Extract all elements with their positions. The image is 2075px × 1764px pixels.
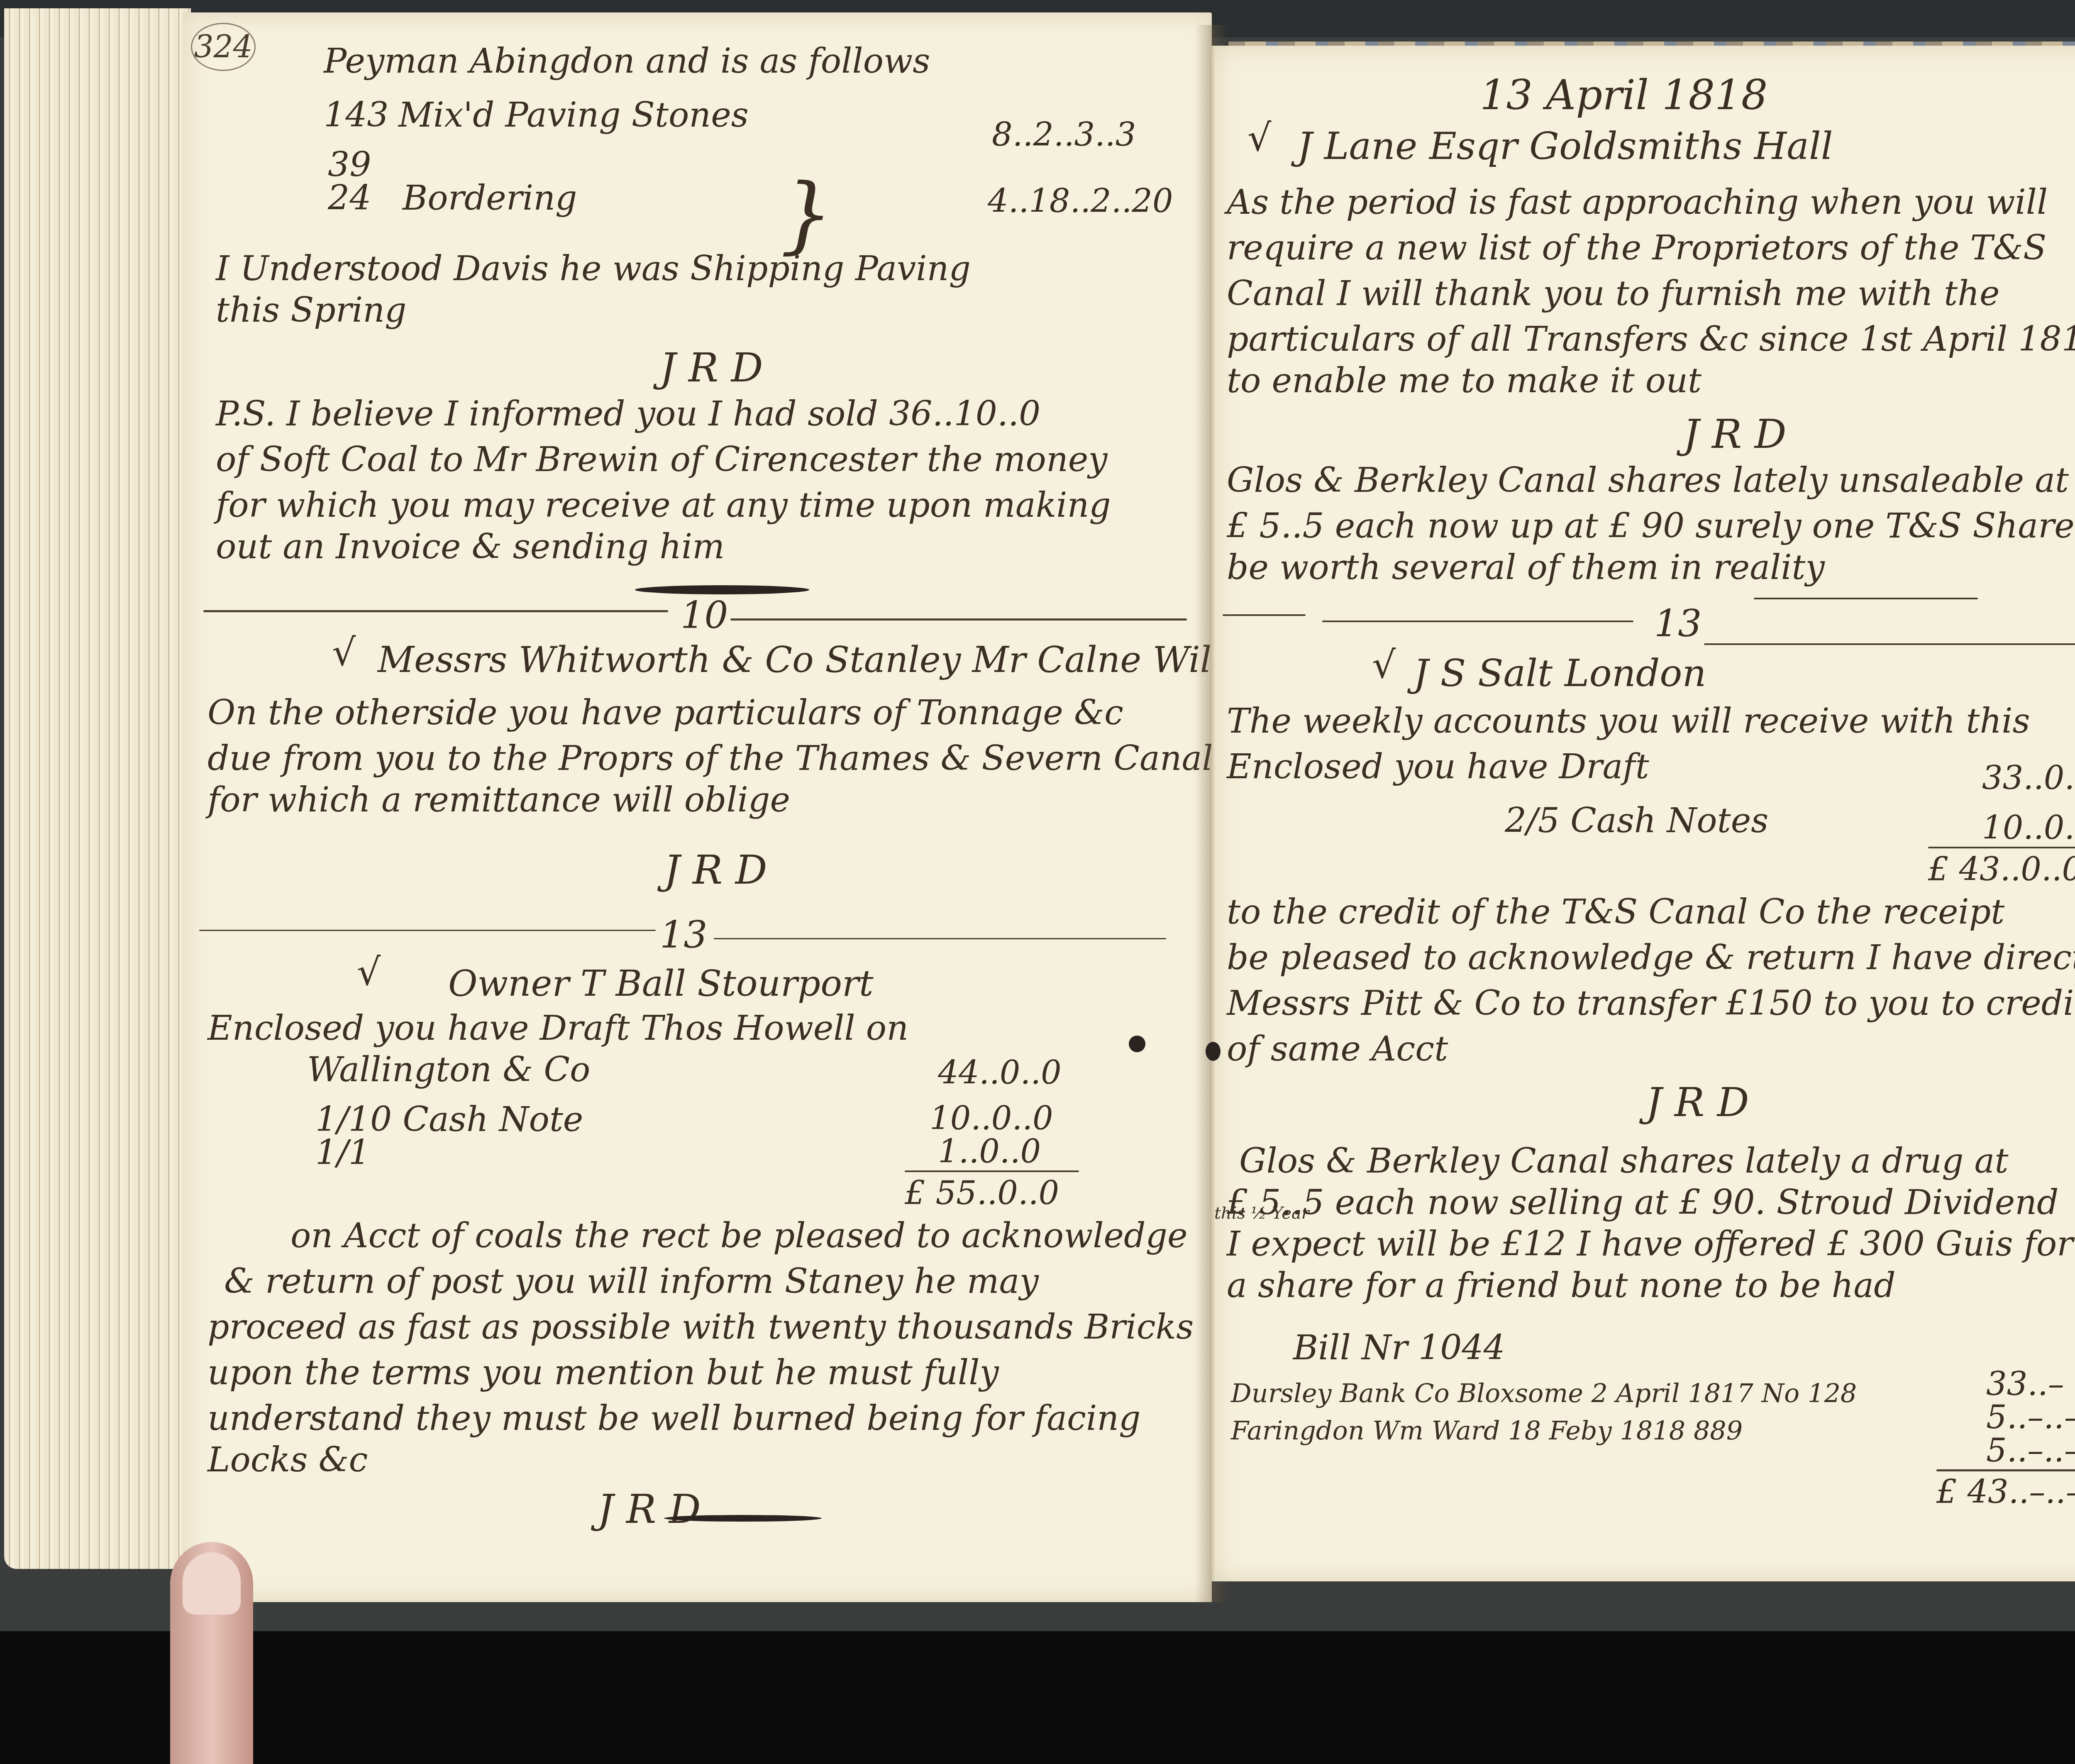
divider-rule <box>1322 621 1633 622</box>
body-line: I Understood Davis he was Shipping Pavin… <box>216 249 971 288</box>
divider-rule <box>1223 614 1306 616</box>
body-line: be pleased to acknowledge & return I hav… <box>1227 938 2075 977</box>
backdrop-bottom <box>0 1631 2075 1764</box>
body-line: require a new list of the Proprietors of… <box>1227 228 2046 268</box>
item-qty: 143 <box>324 95 389 135</box>
item-amount: 8..2..3..3 <box>992 116 1136 154</box>
ledger-amount: 1..0..0 <box>938 1133 1041 1170</box>
body-line: On the otherside you have particulars of… <box>207 693 1123 733</box>
letter-date: 10 <box>681 594 728 637</box>
body-line: As the period is fast approaching when y… <box>1227 183 2048 222</box>
divider-rule <box>203 610 668 612</box>
bill-total: £ 43..–..– <box>1936 1473 2075 1511</box>
body-line: on Acct of coals the rect be pleased to … <box>290 1216 1188 1256</box>
body-line: to enable me to make it out <box>1227 361 1701 401</box>
postscript-line: of Soft Coal to Mr Brewin of Cirencester… <box>216 440 1108 479</box>
sum-rule <box>905 1170 1079 1172</box>
letter-date: 13 <box>1654 602 1702 645</box>
divider-rule <box>1754 598 1978 599</box>
divider-rule <box>730 618 1187 621</box>
sum-rule <box>1936 1469 2075 1471</box>
addressee: Messrs Whitworth & Co Stanley Mr Calne W… <box>378 639 1244 681</box>
page-edges-stack <box>4 8 191 1569</box>
postscript-line: out an Invoice & sending him <box>216 527 725 567</box>
bill-amount: 33..– <box>1986 1366 2064 1403</box>
page-number: 324 <box>191 23 256 71</box>
signature: J R D <box>598 1486 701 1532</box>
brace: } <box>780 166 833 263</box>
signature: J R D <box>1646 1079 1749 1126</box>
ink-blot <box>1129 1036 1145 1052</box>
postscript-line: for which you may receive at any time up… <box>216 486 1111 525</box>
check-mark-icon: √ <box>1372 643 1396 687</box>
body-line: this Spring <box>216 291 407 330</box>
check-mark-icon: √ <box>332 631 356 674</box>
item-qty: 24 <box>328 178 371 218</box>
postscript-line: Glos & Berkley Canal shares lately unsal… <box>1227 461 2069 500</box>
ledger-label: Wallington & Co <box>307 1050 590 1090</box>
postscript-line: a share for a friend but none to be had <box>1227 1266 1896 1305</box>
body-line: Enclosed you have Draft Thos Howell on <box>207 1009 908 1048</box>
item-desc: Bordering <box>403 178 577 218</box>
body-line: Messrs Pitt & Co to transfer £150 to you… <box>1227 984 2075 1023</box>
signature: J R D <box>660 344 763 391</box>
body-line: to the credit of the T&S Canal Co the re… <box>1227 892 2004 932</box>
body-line: Enclosed you have Draft <box>1227 747 1649 787</box>
bill-amount: 5..–..– <box>1986 1432 2075 1469</box>
header-date: 13 April 1818 <box>1480 71 1767 119</box>
postscript-line: Glos & Berkley Canal shares lately a dru… <box>1239 1141 2008 1181</box>
ledger-amount: 10..0..0 <box>930 1100 1053 1137</box>
postscript-line: £ 5..5 each now up at £ 90 surely one T&… <box>1227 506 2075 546</box>
ledger-amount: 33..0..0 <box>1982 760 2075 797</box>
thumbnail <box>183 1552 241 1615</box>
postscript-line: P.S. I believe I informed you I had sold… <box>216 394 1040 434</box>
right-page: 13 April 1818 325 √ J Lane Esqr Goldsmit… <box>1212 46 2075 1581</box>
signature: J R D <box>664 847 767 893</box>
body-line: The weekly accounts you will receive wit… <box>1227 701 2030 741</box>
ink-blot <box>1206 1042 1221 1061</box>
ledger-total: £ 55..0..0 <box>905 1175 1059 1212</box>
bill-heading: Bill Nr 1044 <box>1293 1328 1505 1368</box>
ledger-amount: 44..0..0 <box>938 1054 1062 1092</box>
item-desc: Mix'd Paving Stones <box>398 95 749 135</box>
divider-rule <box>199 930 656 931</box>
ledger-label: 1/1 <box>315 1133 370 1173</box>
divider-rule <box>1704 643 2075 645</box>
postscript-line: £ 5..5 each now selling at £ 90. Stroud … <box>1227 1183 2059 1222</box>
body-line: proceed as fast as possible with twenty … <box>207 1307 1194 1347</box>
letter-date: 13 <box>660 913 708 957</box>
heading: Peyman Abingdon and is as follows <box>324 42 930 81</box>
body-line: upon the terms you mention but he must f… <box>207 1353 999 1393</box>
sum-rule <box>1928 847 2075 848</box>
body-line: due from you to the Proprs of the Thames… <box>207 739 1213 778</box>
check-mark-icon: √ <box>1247 116 1271 160</box>
bill-entry: Faringdon Wm Ward 18 Feby 1818 889 <box>1231 1415 1743 1446</box>
ink-flourish <box>664 1515 822 1522</box>
margin-note: this ½ Year <box>1214 1204 1309 1223</box>
addressee: J S Salt London <box>1413 652 1706 695</box>
thumb <box>170 1542 253 1764</box>
postscript-line: be worth several of them in reality <box>1227 548 1825 587</box>
addressee: Owner T Ball Stourport <box>448 963 874 1004</box>
item-amount: 4..18..2..20 <box>988 183 1173 220</box>
body-line: Canal I will thank you to furnish me wit… <box>1227 274 1999 313</box>
bill-amount: 5..–..– <box>1986 1399 2075 1436</box>
divider-rule <box>714 938 1166 939</box>
ledger-total: £ 43..0..0 <box>1928 851 2075 888</box>
ledger-label: 2/5 Cash Notes <box>1505 801 1768 840</box>
body-line: & return of post you will inform Staney … <box>224 1262 1039 1301</box>
body-line: of same Acct <box>1227 1029 1448 1069</box>
body-line: particulars of all Transfers &c since 1s… <box>1227 320 2075 359</box>
postscript-line: I expect will be £12 I have offered £ 30… <box>1227 1224 2073 1264</box>
body-line: understand they must be well burned bein… <box>207 1399 1140 1438</box>
addressee: J Lane Esqr Goldsmiths Hall <box>1297 125 1833 168</box>
left-page: 324 Peyman Abingdon and is as follows 14… <box>183 12 1212 1602</box>
bill-entry: Dursley Bank Co Bloxsome 2 April 1817 No… <box>1231 1378 1857 1408</box>
body-line: for which a remittance will oblige <box>207 780 790 820</box>
ledger-amount: 10..0..0 <box>1982 809 2075 847</box>
signature: J R D <box>1683 411 1787 457</box>
check-mark-icon: √ <box>357 950 381 994</box>
ink-flourish <box>635 585 809 594</box>
body-line: Locks &c <box>207 1440 368 1480</box>
